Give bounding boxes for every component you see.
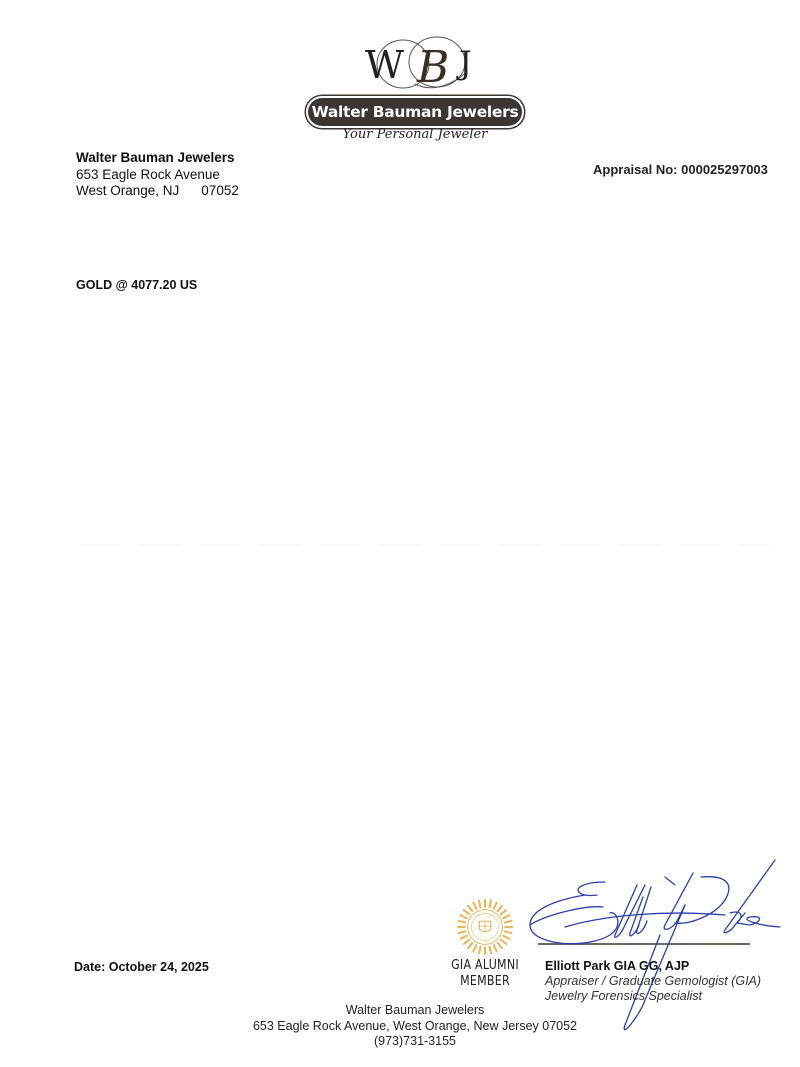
svg-text:J: J: [456, 44, 472, 82]
sender-address: Walter Bauman Jewelers 653 Eagle Rock Av…: [76, 150, 239, 200]
sender-street: 653 Eagle Rock Avenue: [76, 167, 239, 184]
gia-seal-icon: [456, 898, 514, 956]
sender-city-state: West Orange, NJ: [76, 183, 179, 198]
footer-company: Walter Bauman Jewelers: [0, 1003, 800, 1019]
signer-block: Elliott Park GIA GG, AJP Appraiser / Gra…: [545, 959, 761, 1004]
faint-scan-artifact: [80, 544, 770, 546]
logo-tagline: Your Personal Jeweler: [330, 127, 500, 142]
appraisal-number: Appraisal No: 000025297003: [593, 162, 768, 177]
logo-banner-text: Walter Bauman Jewelers: [312, 103, 519, 121]
company-logo: W B J Walter Bauman Jewelers Your Person…: [300, 28, 540, 148]
gold-price: GOLD @ 4077.20 US: [76, 278, 197, 292]
sender-city-line: West Orange, NJ07052: [76, 183, 239, 200]
signer-title-1: Appraiser / Graduate Gemologist (GIA): [545, 974, 761, 989]
sender-zip: 07052: [201, 183, 239, 198]
gia-badge-line1: GIA ALUMNI: [447, 958, 524, 974]
svg-text:B: B: [416, 42, 449, 93]
logo-banner: Walter Bauman Jewelers: [308, 98, 522, 126]
footer-address: Walter Bauman Jewelers 653 Eagle Rock Av…: [0, 1003, 800, 1050]
gia-badge-line2: MEMBER: [447, 974, 524, 990]
footer-street: 653 Eagle Rock Avenue, West Orange, New …: [0, 1019, 800, 1035]
appraisal-date: Date: October 24, 2025: [74, 960, 209, 974]
wbj-monogram-icon: W B J: [355, 32, 495, 94]
svg-text:W: W: [365, 43, 404, 87]
gia-alumni-badge: GIA ALUMNI MEMBER: [440, 898, 530, 990]
gia-badge-text: GIA ALUMNI MEMBER: [447, 958, 524, 990]
sender-name: Walter Bauman Jewelers: [76, 150, 239, 167]
signer-name: Elliott Park GIA GG, AJP: [545, 959, 761, 974]
signature-line: [538, 943, 750, 945]
footer-phone: (973)731-3155: [0, 1034, 800, 1050]
signer-title-2: Jewelry Forensics Specialist: [545, 989, 761, 1004]
